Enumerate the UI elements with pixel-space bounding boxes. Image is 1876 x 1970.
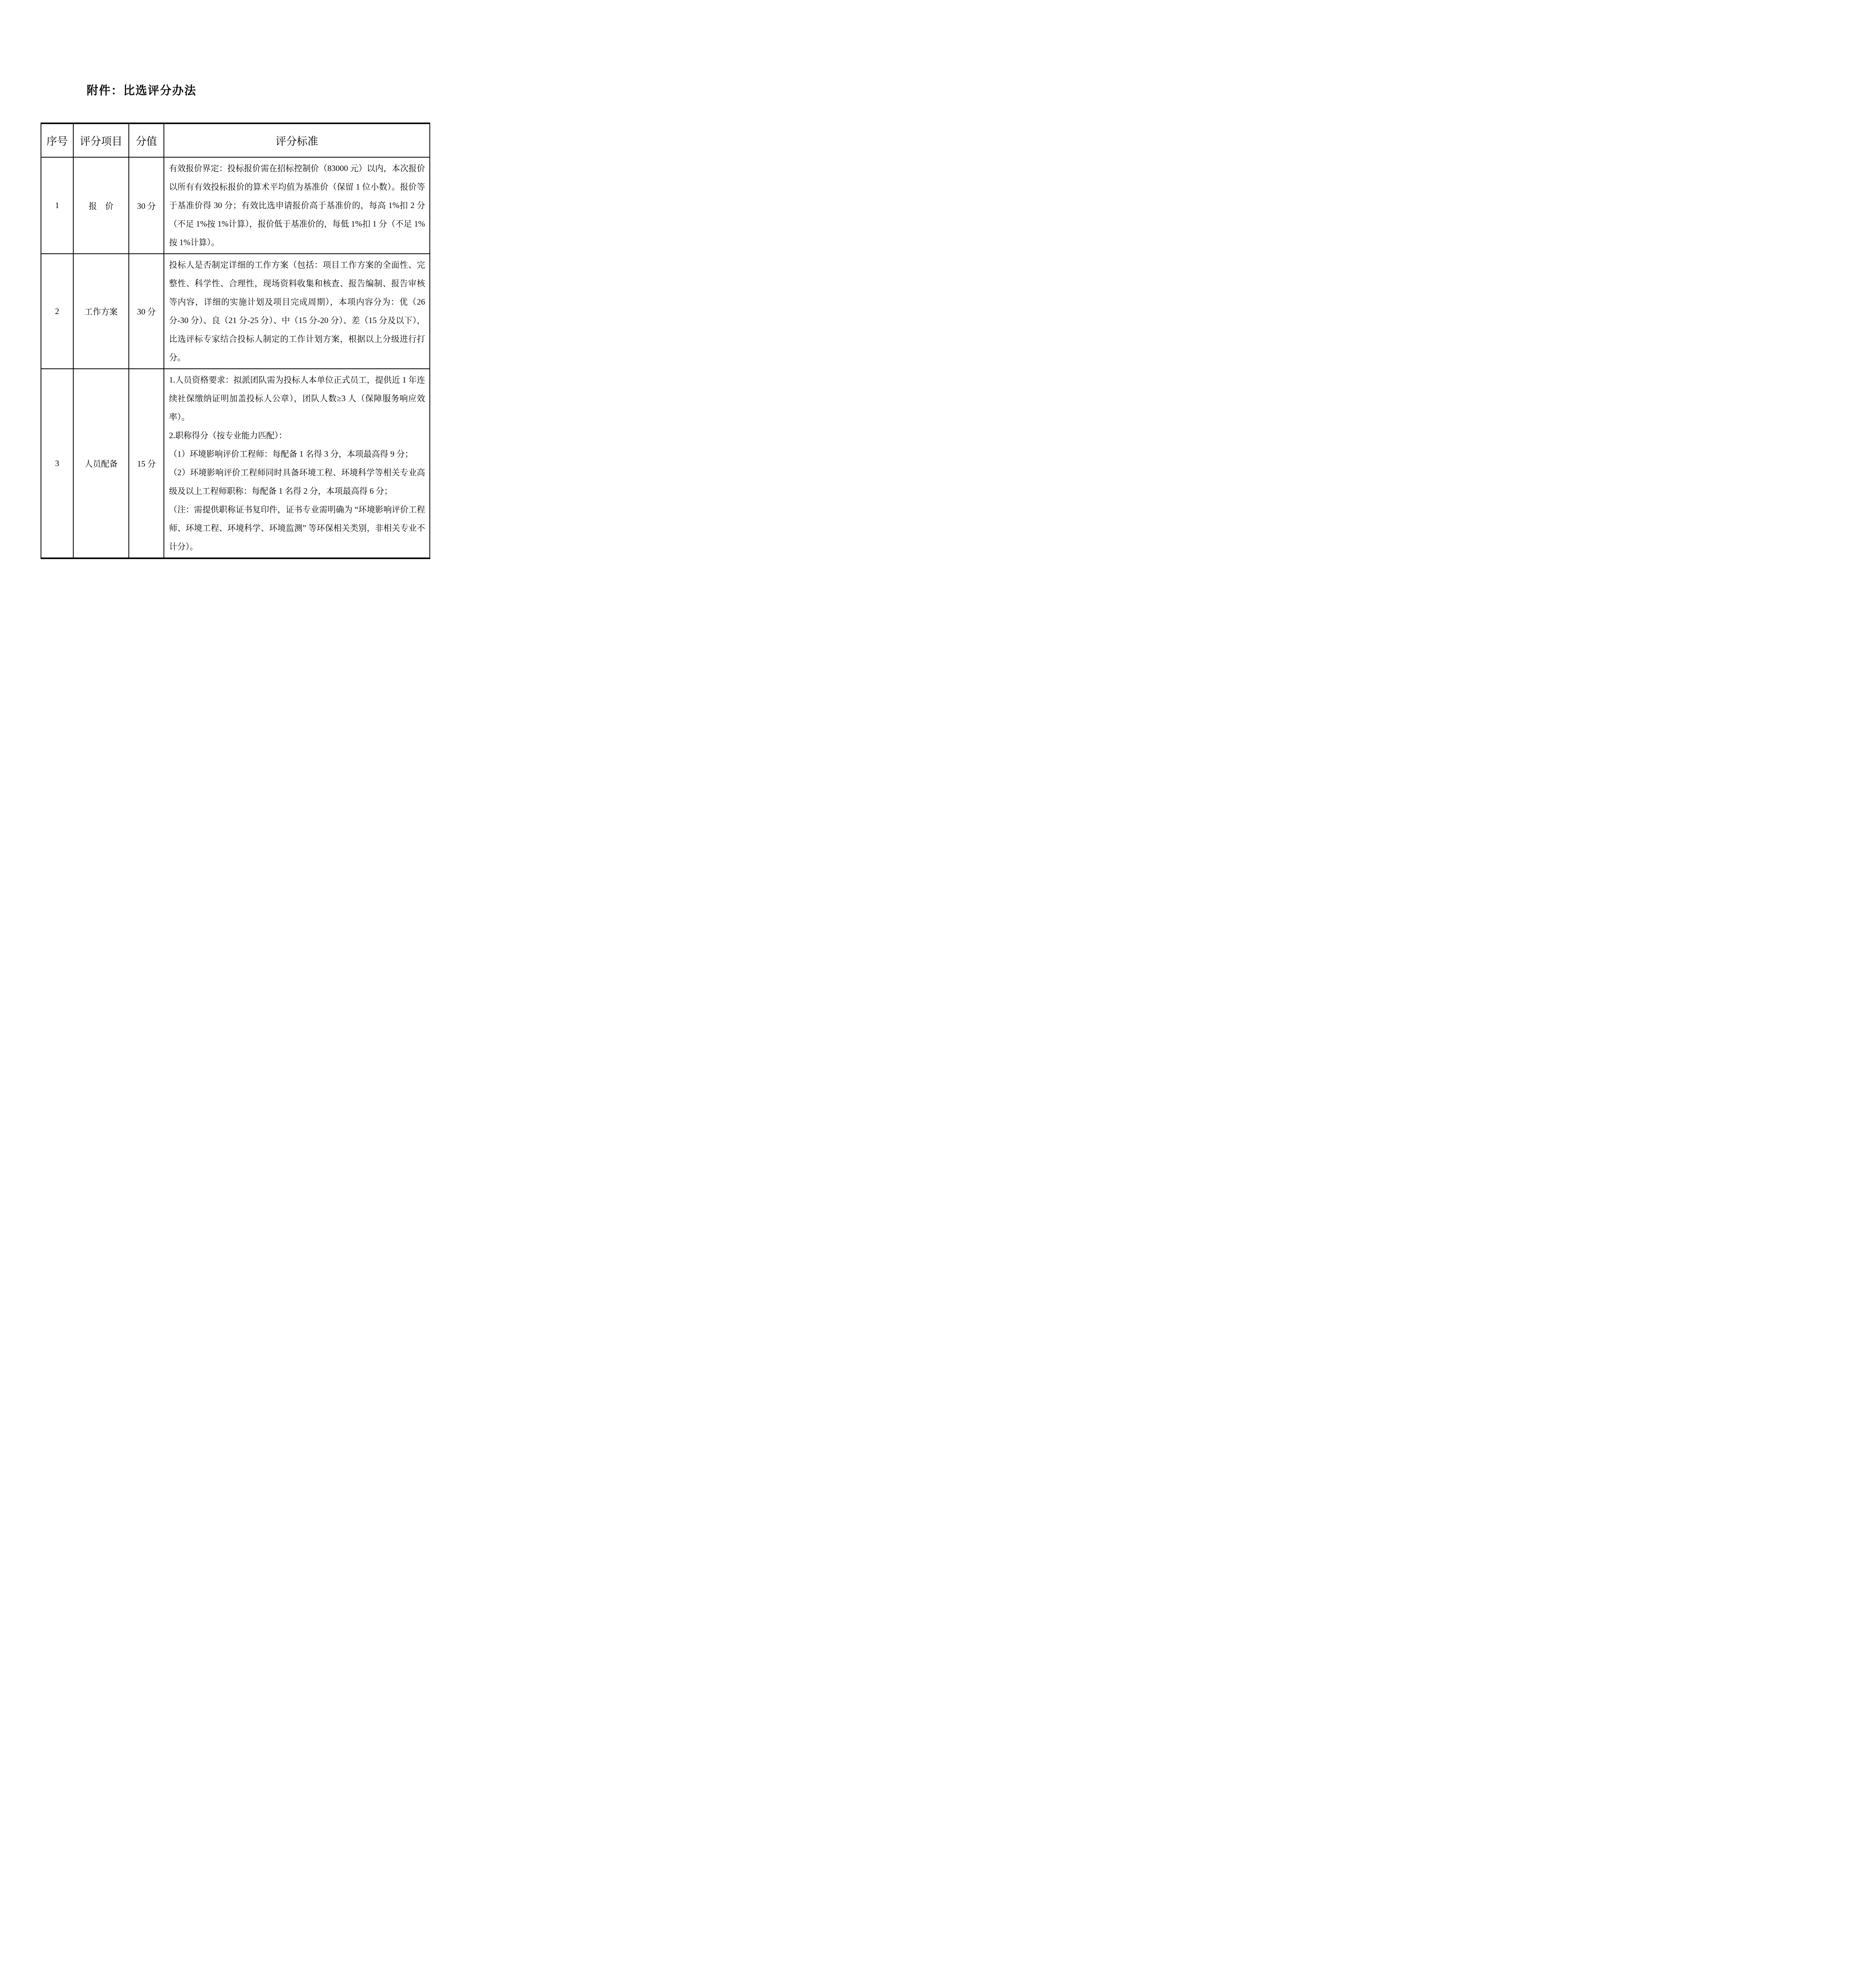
row-index: 3 <box>41 369 73 558</box>
table-row-personnel: 3 人员配备 15 分 1.人员资格要求：拟派团队需为投标人本单位正式员工，提供… <box>41 369 430 558</box>
row-score-value: 30 分 <box>129 254 164 369</box>
table-row-work-plan: 2 工作方案 30 分 投标人是否制定详细的工作方案（包括：项目工作方案的全面性… <box>41 254 430 369</box>
page-title: 附件：比选评分办法 <box>87 82 197 98</box>
table-row-price: 1 报 价 30 分 有效报价界定：投标报价需在招标控制价（83000 元）以内… <box>41 157 430 254</box>
row-criteria-text: 投标人是否制定详细的工作方案（包括：项目工作方案的全面性、完整性、科学性、合理性… <box>164 254 430 369</box>
row-item-label: 报 价 <box>73 157 129 254</box>
row-score-value: 30 分 <box>129 157 164 254</box>
header-cell-item: 评分项目 <box>73 123 129 157</box>
row-item-label: 工作方案 <box>73 254 129 369</box>
scoring-table: 序号 评分项目 分值 评分标准 1 报 价 30 分 有效报价界定：投标报价需在… <box>41 123 430 559</box>
row-criteria-text: 1.人员资格要求：拟派团队需为投标人本单位正式员工，提供近 1 年连续社保缴纳证… <box>164 369 430 558</box>
row-item-label: 人员配备 <box>73 369 129 558</box>
document-page: 附件：比选评分办法 序号 评分项目 分值 评分标准 1 报 价 30 分 有效报… <box>0 0 469 663</box>
row-index: 2 <box>41 254 73 369</box>
header-cell-index: 序号 <box>41 123 73 157</box>
row-score-value: 15 分 <box>129 369 164 558</box>
row-index: 1 <box>41 157 73 254</box>
header-cell-criteria: 评分标准 <box>164 123 430 157</box>
header-cell-score: 分值 <box>129 123 164 157</box>
row-criteria-text: 有效报价界定：投标报价需在招标控制价（83000 元）以内，本次报价以所有有效投… <box>164 157 430 254</box>
table-header-row: 序号 评分项目 分值 评分标准 <box>41 123 430 157</box>
